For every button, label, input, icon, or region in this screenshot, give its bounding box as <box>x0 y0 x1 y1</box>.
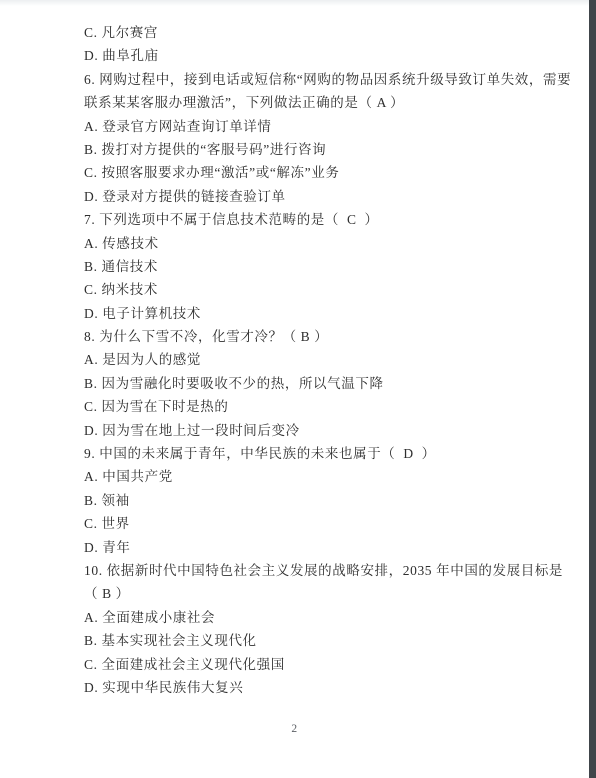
text-line: D. 因为雪在地上过一段时间后变冷 <box>84 419 569 442</box>
text-line: C. 世界 <box>84 512 569 535</box>
text-line: C. 全面建成社会主义现代化强国 <box>84 653 569 676</box>
text-line: C. 凡尔赛宫 <box>84 21 569 44</box>
text-line: 10. 依据新时代中国特色社会主义发展的战略安排，2035 年中国的发展目标是 <box>84 559 569 582</box>
text-line: C. 因为雪在下时是热的 <box>84 395 569 418</box>
exam-page-content: C. 凡尔赛宫 D. 曲阜孔庙 6. 网购过程中，接到电话或短信称“网购的物品因… <box>0 0 589 699</box>
text-line: D. 电子计算机技术 <box>84 302 569 325</box>
text-line: B. 因为雪融化时要吸收不少的热，所以气温下降 <box>84 372 569 395</box>
text-line: 联系某某客服办理激活”，下列做法正确的是（ A ） <box>84 91 569 114</box>
text-line: C. 按照客服要求办理“激活”或“解冻”业务 <box>84 161 569 184</box>
text-line: A. 是因为人的感觉 <box>84 348 569 371</box>
text-line: A. 中国共产党 <box>84 465 569 488</box>
text-line: A. 登录官方网站查询订单详情 <box>84 115 569 138</box>
text-line: 6. 网购过程中，接到电话或短信称“网购的物品因系统升级导致订单失效，需要 <box>84 68 569 91</box>
viewer-edge-bar <box>589 0 596 778</box>
text-line: 8. 为什么下雪不冷，化雪才冷？（ B ） <box>84 325 569 348</box>
text-line: （ B ） <box>84 582 569 605</box>
text-line: B. 基本实现社会主义现代化 <box>84 629 569 652</box>
text-line: A. 全面建成小康社会 <box>84 606 569 629</box>
text-line: D. 登录对方提供的链接查验订单 <box>84 185 569 208</box>
text-line: B. 领袖 <box>84 489 569 512</box>
text-line: D. 曲阜孔庙 <box>84 44 569 67</box>
text-line: C. 纳米技术 <box>84 278 569 301</box>
document-viewer: C. 凡尔赛宫 D. 曲阜孔庙 6. 网购过程中，接到电话或短信称“网购的物品因… <box>0 0 596 778</box>
text-line: B. 通信技术 <box>84 255 569 278</box>
text-line: B. 拨打对方提供的“客服号码”进行咨询 <box>84 138 569 161</box>
text-line: D. 青年 <box>84 536 569 559</box>
text-line: A. 传感技术 <box>84 232 569 255</box>
text-line: 7. 下列选项中不属于信息技术范畴的是（ C ） <box>84 208 569 231</box>
text-line: 9. 中国的未来属于青年，中华民族的未来也属于（ D ） <box>84 442 569 465</box>
text-line: D. 实现中华民族伟大复兴 <box>84 676 569 699</box>
page-number: 2 <box>0 723 589 735</box>
